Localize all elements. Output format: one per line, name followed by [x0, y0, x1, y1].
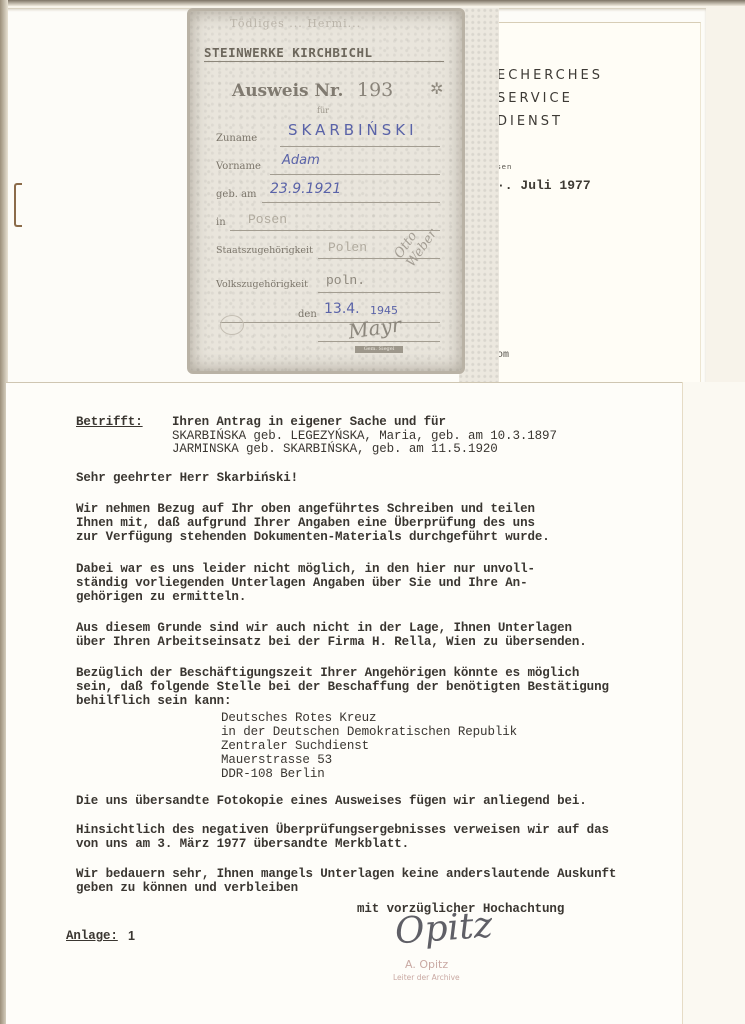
paragraph-line: Dabei war es uns leider nicht möglich, i… — [76, 563, 535, 576]
paragraph-line: Wir nehmen Bezug auf Ihr oben angeführte… — [76, 503, 535, 516]
scan-top-edge — [0, 0, 745, 6]
attachment-count: 1 — [128, 930, 135, 943]
letterhead-small-label: sen — [497, 163, 512, 171]
card-firstname-value: Adam — [282, 153, 320, 168]
card-surname-value: SKARBIŃSKI — [288, 121, 418, 139]
card-signature: Mayr — [347, 312, 403, 343]
paragraph-line: geben zu können und verbleiben — [76, 882, 298, 895]
card-faded-header: Tödliges ... Hermi... — [230, 17, 361, 30]
paragraph-line: Die uns übersandte Fotokopie eines Auswe… — [76, 795, 587, 808]
signer-name-stamp: A. Opitz — [405, 958, 448, 971]
card-birth-value: 23.9.1921 — [270, 181, 341, 197]
paragraph-line: zur Verfügung stehenden Dokumenten-Mater… — [76, 531, 550, 544]
letterhead-line: DIENST — [497, 110, 603, 133]
card-date-value: 13.4. — [324, 301, 360, 317]
staple-icon — [14, 183, 22, 227]
subject-line: Ihren Antrag in eigener Sache und für — [172, 416, 446, 429]
paragraph-line: ständig vorliegenden Unterlagen Angaben … — [76, 577, 527, 590]
card-citizenship-value: Polen — [328, 240, 367, 255]
card-rule — [220, 322, 440, 323]
paragraph-line: Aus diesem Grunde sind wir auch nicht in… — [76, 622, 572, 635]
paragraph-line: gehörigen zu ermitteln. — [76, 591, 246, 604]
subject-label: Betrifft: — [76, 416, 143, 429]
card-nationality-value: poln. — [326, 273, 365, 288]
signer-title-stamp: Leiter der Archive — [393, 973, 460, 982]
letter-date: ·. Juli 1977 — [497, 178, 591, 193]
letterhead-line: SERVICE — [497, 87, 603, 110]
address-line: Mauerstrasse 53 — [221, 754, 332, 767]
subject-line: JARMINSKA geb. SKARBIŃSKA, geb. am 11.5.… — [172, 443, 498, 456]
card-firstname-label: Vorname — [216, 161, 261, 172]
letterhead: ECHERCHES SERVICE DIENST — [497, 64, 603, 133]
attachment-label: Anlage: — [66, 930, 118, 943]
card-rule — [280, 146, 440, 147]
address-line: in der Deutschen Demokratischen Republik — [221, 726, 517, 739]
card-company: STEINWERKE KIRCHBICHL — [204, 45, 444, 62]
paragraph-line: behilflich sein kann: — [76, 695, 231, 708]
card-rule — [318, 341, 440, 342]
photocopy-margin — [459, 8, 499, 388]
asterisk-icon: ✲ — [430, 79, 443, 98]
paragraph-line: Hinsichtlich des negativen Überprüfungse… — [76, 824, 609, 837]
address-line: DDR-108 Berlin — [221, 768, 325, 781]
card-place-label: in — [216, 217, 226, 228]
paragraph-line: von uns am 3. März 1977 übersandte Merkb… — [76, 838, 409, 851]
paragraph-line: Bezüglich der Beschäftigungszeit Ihrer A… — [76, 667, 579, 680]
handwritten-signature: Opitz — [394, 905, 494, 953]
card-rule — [270, 174, 440, 175]
paragraph-line: über Ihren Arbeitseinsatz bei der Firma … — [76, 636, 587, 649]
card-surname-label: Zuname — [216, 133, 257, 144]
card-number: 193 — [357, 79, 393, 101]
card-title: Ausweis Nr. — [232, 81, 343, 101]
id-card-photocopy: Tödliges ... Hermi... STEINWERKE KIRCHBI… — [187, 8, 465, 374]
letterhead-line: ECHERCHES — [497, 64, 603, 87]
card-stamp: Gem. Siegel — [355, 346, 403, 353]
salutation: Sehr geehrter Herr Skarbiński! — [76, 472, 298, 485]
paragraph-line: Ihnen mit, daß aufgrund Ihrer Angaben ei… — [76, 517, 535, 530]
card-place-value: Posen — [248, 212, 287, 227]
card-rule — [318, 292, 440, 293]
card-rule — [262, 202, 440, 203]
card-citizenship-label: Staatszugehörigkeit — [216, 245, 313, 256]
address-line: Deutsches Rotes Kreuz — [221, 712, 376, 725]
card-nationality-label: Volkszugehörigkeit — [216, 279, 308, 290]
paragraph-line: sein, daß folgende Stelle bei der Bescha… — [76, 681, 609, 694]
address-line: Zentraler Suchdienst — [221, 740, 369, 753]
paragraph-line: Wir bedauern sehr, Ihnen mangels Unterla… — [76, 868, 616, 881]
card-birth-label: geb. am — [216, 189, 257, 200]
card-stamp-circle — [220, 315, 244, 335]
card-for-label: für — [317, 106, 329, 115]
under-page-edge — [682, 382, 745, 1024]
card-date-label: den — [298, 309, 317, 320]
